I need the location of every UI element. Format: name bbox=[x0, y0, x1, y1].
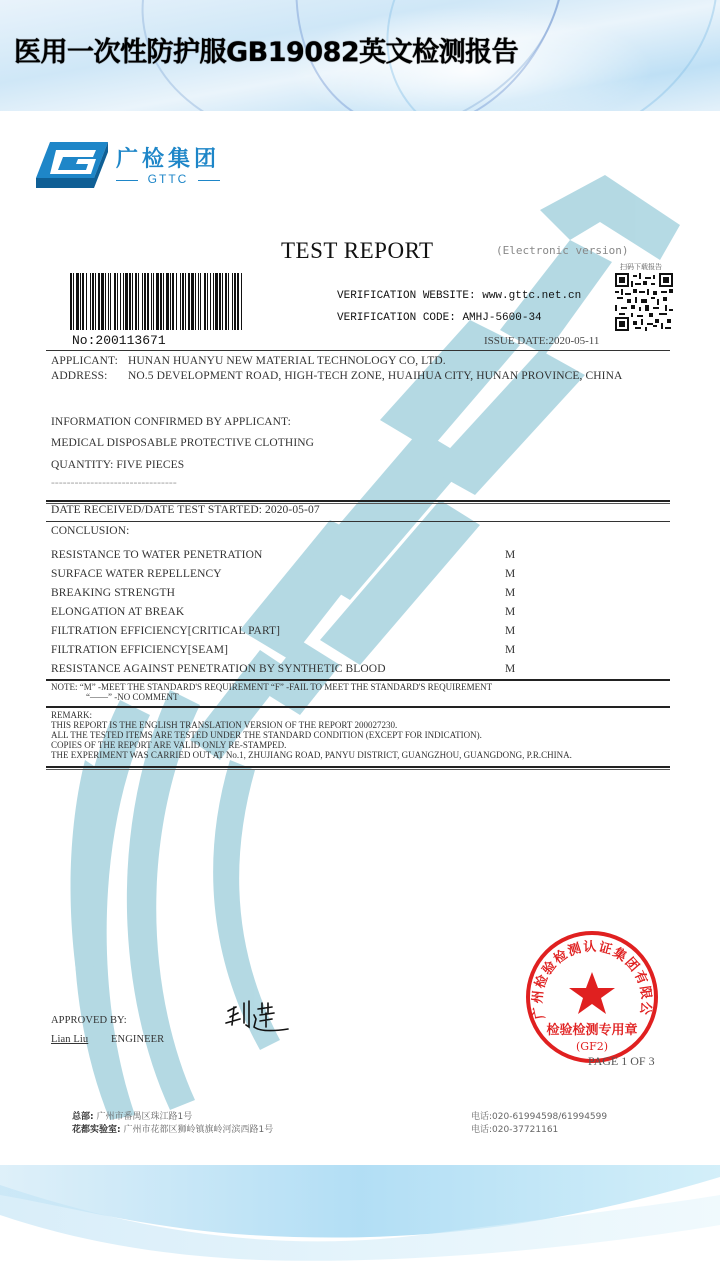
test-result: M bbox=[505, 549, 515, 561]
gttc-logo-icon bbox=[36, 142, 108, 188]
seal-code: (GF2) bbox=[576, 1040, 608, 1053]
qr-caption: 扫码下载报告 bbox=[620, 262, 662, 272]
conclusion-row: FILTRATION EFFICIENCY[CRITICAL PART] M bbox=[51, 625, 531, 644]
logo-name-cn: 广检集团 bbox=[116, 142, 220, 173]
approved-by-label: APPROVED BY: bbox=[51, 1015, 127, 1026]
signature-image bbox=[222, 997, 292, 1035]
test-result: M bbox=[505, 587, 515, 599]
test-result: M bbox=[505, 606, 515, 618]
verification-code: VERIFICATION CODE: AMHJ-5600-34 bbox=[337, 312, 542, 324]
footer-hq-label: 总部: bbox=[72, 1112, 94, 1122]
test-item: SURFACE WATER REPELLENCY bbox=[51, 568, 222, 580]
footer-lab: 花都实验室: 广州市花都区狮岭镇旗岭河滨西路1号 bbox=[72, 1122, 273, 1135]
report-title: TEST REPORT bbox=[281, 238, 434, 264]
sample-quantity: QUANTITY: FIVE PIECES bbox=[51, 459, 184, 471]
test-item: RESISTANCE AGAINST PENETRATION BY SYNTHE… bbox=[51, 663, 386, 675]
conclusion-heading: CONCLUSION: bbox=[51, 525, 129, 537]
conclusion-row: SURFACE WATER REPELLENCY M bbox=[51, 568, 531, 587]
page-number: PAGE 1 OF 3 bbox=[588, 1054, 655, 1069]
seal-ring-text: 广州检验检测认证集团有限公司 bbox=[523, 928, 653, 1021]
divider bbox=[46, 679, 670, 681]
verification-website: VERIFICATION WEBSITE: www.gttc.net.cn bbox=[337, 290, 581, 302]
test-result: M bbox=[505, 644, 515, 656]
official-seal-icon: 广州检验检测认证集团有限公司 检验检测专用章 (GF2) bbox=[523, 928, 661, 1066]
footer-lab-phone: 电话:020-37721161 bbox=[471, 1122, 558, 1135]
footer-hq: 总部: 广州市番禺区珠江路1号 bbox=[72, 1109, 192, 1122]
conclusion-row: FILTRATION EFFICIENCY[SEAM] M bbox=[51, 644, 531, 663]
footer-lab-address: 广州市花都区狮岭镇旗岭河滨西路1号 bbox=[123, 1125, 273, 1135]
test-item: RESISTANCE TO WATER PENETRATION bbox=[51, 549, 262, 561]
edition-label: (Electronic version) bbox=[496, 244, 628, 257]
footer-lab-label: 花都实验室: bbox=[72, 1125, 121, 1135]
footer-wave-decoration bbox=[0, 1165, 720, 1280]
page-title: 医用一次性防护服GB19082英文检测报告 bbox=[14, 30, 518, 69]
footer-hq-phone: 电话:020-61994598/61994599 bbox=[471, 1109, 607, 1122]
test-result: M bbox=[505, 568, 515, 580]
conclusion-row: RESISTANCE TO WATER PENETRATION M bbox=[51, 549, 531, 568]
issue-date: ISSUE DATE:2020-05-11 bbox=[484, 335, 599, 347]
date-received: DATE RECEIVED/DATE TEST STARTED: 2020-05… bbox=[51, 504, 320, 516]
test-result: M bbox=[505, 625, 515, 637]
divider bbox=[46, 706, 670, 708]
double-divider bbox=[46, 766, 670, 770]
applicant-label: APPLICANT: bbox=[51, 355, 118, 367]
test-item: BREAKING STRENGTH bbox=[51, 587, 175, 599]
remark-line: THE EXPERIMENT WAS CARRIED OUT AT No.1, … bbox=[51, 751, 572, 761]
verification-code-label: VERIFICATION CODE: bbox=[337, 312, 456, 324]
header-banner: 医用一次性防护服GB19082英文检测报告 bbox=[0, 0, 720, 111]
barcode-icon bbox=[68, 273, 244, 330]
test-item: FILTRATION EFFICIENCY[SEAM] bbox=[51, 644, 228, 656]
approver-title: ENGINEER bbox=[111, 1034, 164, 1045]
test-item: FILTRATION EFFICIENCY[CRITICAL PART] bbox=[51, 625, 280, 637]
report-number: No:200113671 bbox=[72, 333, 166, 348]
divider bbox=[46, 521, 670, 522]
verification-code-value: AMHJ-5600-34 bbox=[462, 312, 541, 324]
company-logo: 广检集团 GTTC bbox=[36, 142, 236, 192]
sample-product: MEDICAL DISPOSABLE PROTECTIVE CLOTHING bbox=[51, 437, 314, 449]
applicant-value: HUNAN HUANYU NEW MATERIAL TECHNOLOGY CO,… bbox=[128, 355, 446, 367]
address-label: ADDRESS: bbox=[51, 370, 107, 382]
qr-code-icon[interactable] bbox=[615, 273, 673, 331]
divider bbox=[46, 350, 670, 351]
test-result: M bbox=[505, 663, 515, 675]
verification-website-label: VERIFICATION WEBSITE: bbox=[337, 290, 476, 302]
note-line-2: “——” -NO COMMENT bbox=[86, 693, 179, 703]
logo-name-en: GTTC bbox=[116, 172, 220, 186]
footer-hq-address: 广州市番禺区珠江路1号 bbox=[96, 1112, 192, 1122]
sample-divider: -------------------------------- bbox=[51, 477, 177, 489]
conclusion-row: ELONGATION AT BREAK M bbox=[51, 606, 531, 625]
conclusion-row: BREAKING STRENGTH M bbox=[51, 587, 531, 606]
sample-info-heading: INFORMATION CONFIRMED BY APPLICANT: bbox=[51, 416, 291, 428]
verification-website-link[interactable]: www.gttc.net.cn bbox=[482, 290, 581, 302]
approver-name: Lian Liu bbox=[51, 1034, 88, 1045]
svg-text:广州检验检测认证集团有限公司: 广州检验检测认证集团有限公司 bbox=[523, 928, 653, 1021]
seal-center-text: 检验检测专用章 bbox=[546, 1022, 637, 1038]
address-value: NO.5 DEVELOPMENT ROAD, HIGH-TECH ZONE, H… bbox=[128, 370, 622, 382]
test-item: ELONGATION AT BREAK bbox=[51, 606, 184, 618]
